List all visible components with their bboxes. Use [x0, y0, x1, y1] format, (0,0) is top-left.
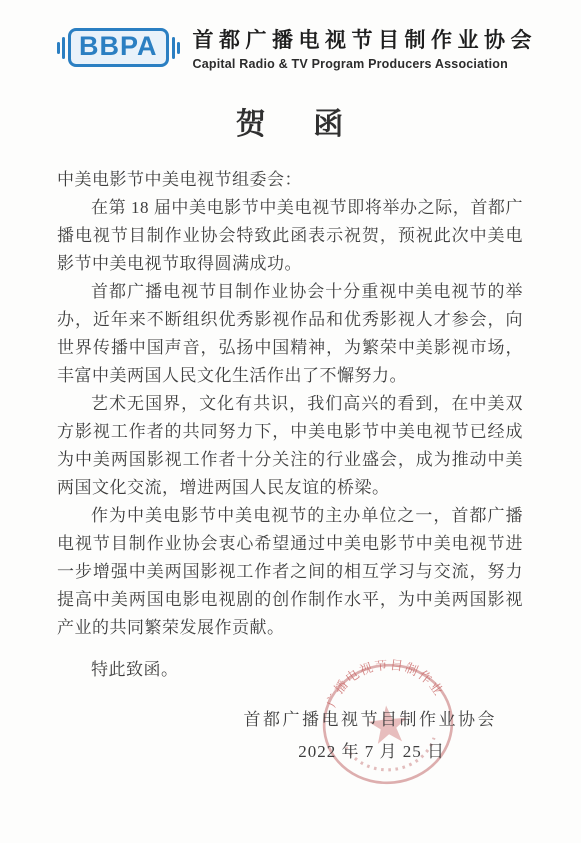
paragraph-4: 作为中美电影节中美电视节的主办单位之一，首都广播电视节目制作业协会衷心希望通过中… — [57, 502, 523, 642]
logo-text: BBPA — [68, 28, 169, 67]
paragraph-3: 艺术无国界，文化有共识，我们高兴的看到，在中美双方影视工作者的共同努力下，中美电… — [57, 390, 523, 502]
organization-names: 首都广播电视节目制作业协会 Capital Radio & TV Program… — [193, 24, 538, 71]
seal-ring-text: 首都广播电视节目制作业协会 — [315, 653, 447, 712]
letter-title: 贺 函 — [0, 99, 581, 143]
letter-page: BBPA 首都广播电视节目制作业协会 Capital Radio & TV Pr… — [0, 0, 581, 843]
signature-block: 首都广播电视节目制作业协会 首都广播电视节目制作业协会 2022 年 7 月 2… — [0, 655, 581, 825]
bbpa-logo: BBPA — [54, 28, 183, 67]
letter-body: 中美电影节中美电视节组委会： 在第 18 届中美电影节中美电视节即将举办之际，首… — [57, 166, 523, 684]
letterhead: BBPA 首都广播电视节目制作业协会 Capital Radio & TV Pr… — [54, 24, 537, 71]
organization-name-en: Capital Radio & TV Program Producers Ass… — [193, 57, 538, 71]
logo-soundwave-right-icon — [172, 37, 180, 59]
paragraph-2: 首都广播电视节目制作业协会十分重视中美电视节的举办，近年来不断组织优秀影视作品和… — [57, 278, 523, 390]
paragraph-1: 在第 18 届中美电影节中美电视节即将举办之际，首都广播电视节目制作业协会特致此… — [57, 194, 523, 278]
signature-date: 2022 年 7 月 25 日 — [298, 737, 445, 762]
logo-soundwave-left-icon — [57, 37, 65, 59]
svg-text:首都广播电视节目制作业协会: 首都广播电视节目制作业协会 — [315, 653, 447, 712]
organization-name-zh: 首都广播电视节目制作业协会 — [193, 24, 538, 54]
signature-org-name: 首都广播电视节目制作业协会 — [244, 705, 498, 730]
addressee-line: 中美电影节中美电视节组委会： — [57, 166, 523, 194]
